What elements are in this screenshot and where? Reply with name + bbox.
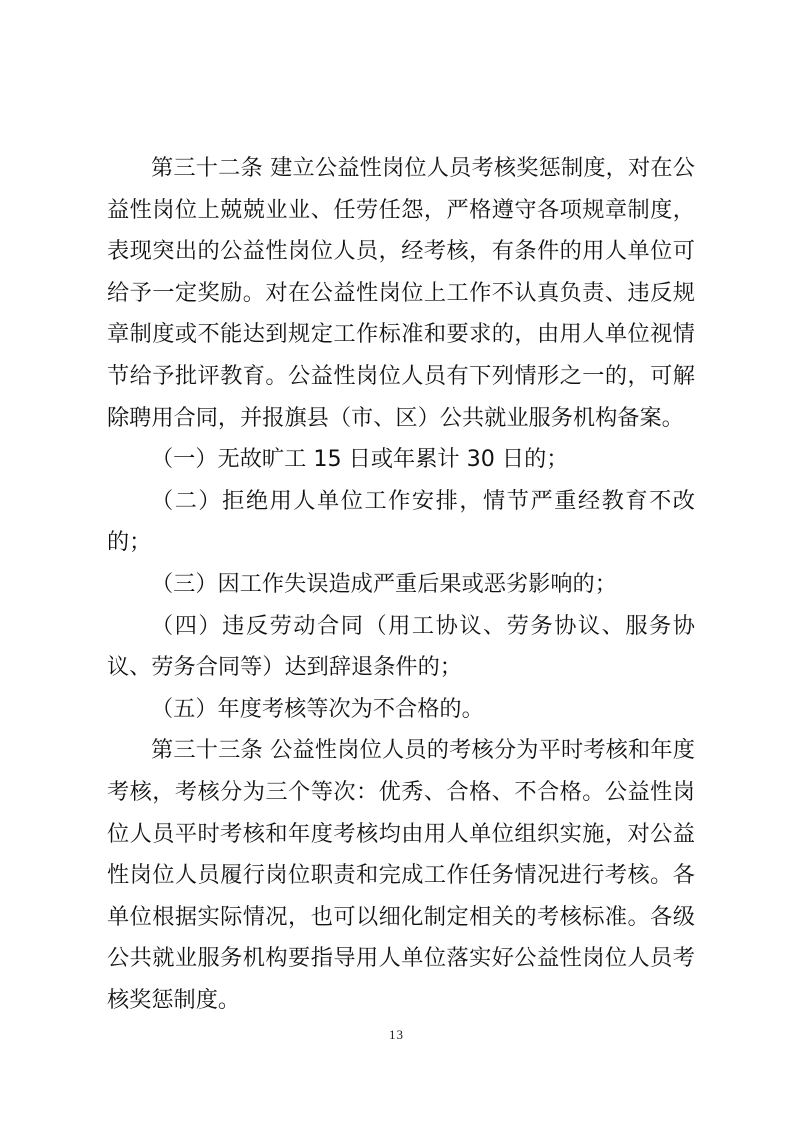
- document-page-body: 第三十二条 建立公益性岗位人员考核奖惩制度，对在公益性岗位上兢兢业业、任劳任怨，…: [107, 148, 695, 1021]
- list-item-2: （二）拒绝用人单位工作安排，情节严重经教育不改的；: [107, 481, 695, 564]
- article-33-paragraph: 第三十三条 公益性岗位人员的考核分为平时考核和年度考核，考核分为三个等次：优秀、…: [107, 730, 695, 1021]
- list-item-5: （五）年度考核等次为不合格的。: [107, 689, 695, 731]
- list-item-1: （一）无故旷工 15 日或年累计 30 日的；: [107, 439, 695, 481]
- list-item-3: （三）因工作失误造成严重后果或恶劣影响的；: [107, 564, 695, 606]
- page-number: 13: [0, 1027, 793, 1043]
- article-32-paragraph: 第三十二条 建立公益性岗位人员考核奖惩制度，对在公益性岗位上兢兢业业、任劳任怨，…: [107, 148, 695, 439]
- list-item-4: （四）违反劳动合同（用工协议、劳务协议、服务协议、劳务合同等）达到辞退条件的；: [107, 606, 695, 689]
